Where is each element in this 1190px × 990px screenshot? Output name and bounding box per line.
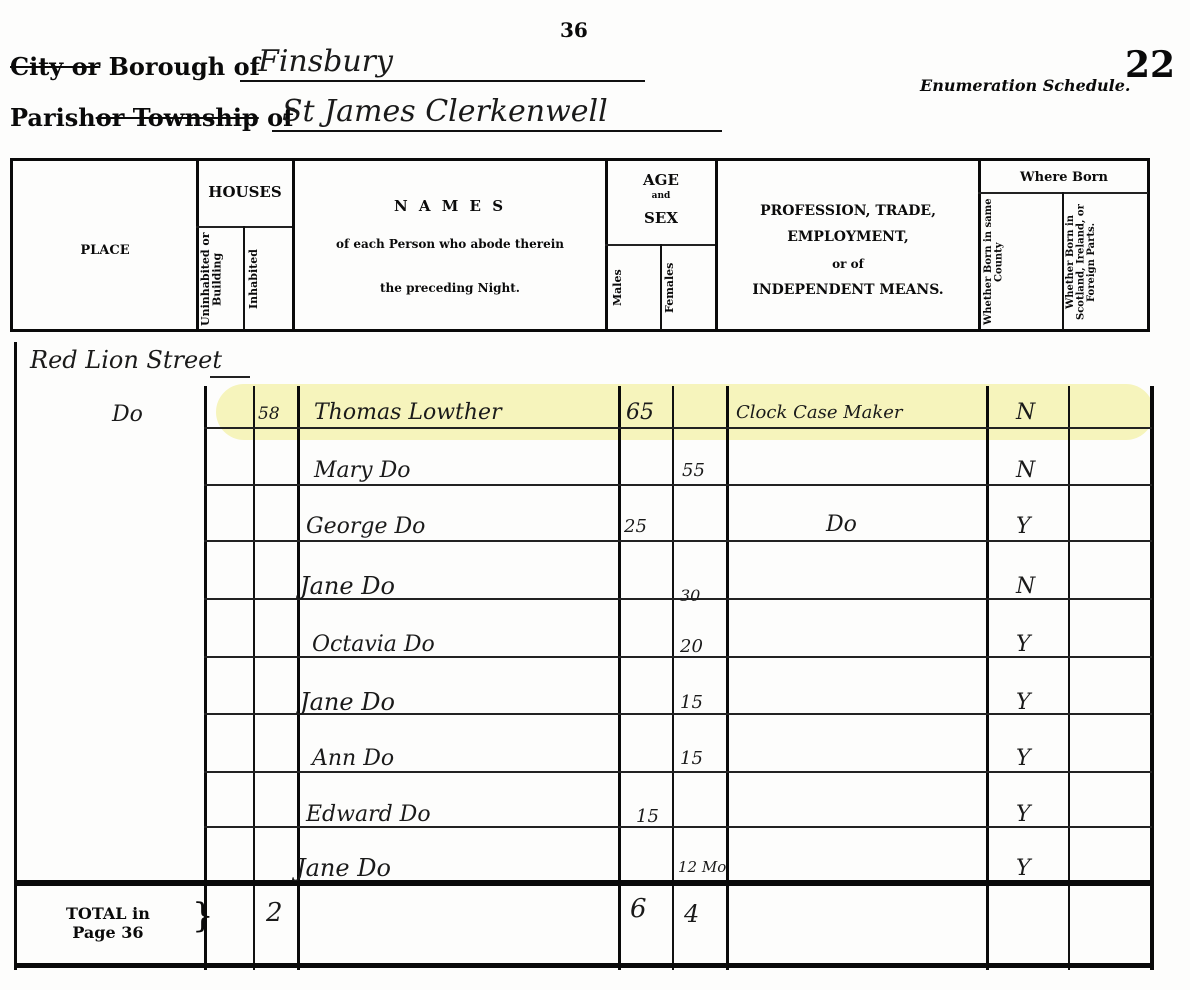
names-header-title: N A M E S bbox=[295, 198, 605, 215]
row-same-county: Y bbox=[1016, 632, 1031, 657]
total-brace-icon: } bbox=[192, 896, 214, 936]
row-name: Edward Do bbox=[306, 802, 431, 827]
row-female-age: 30 bbox=[680, 586, 700, 605]
age-sex-title-and: and bbox=[607, 192, 715, 202]
parish-fill-line bbox=[272, 130, 722, 132]
row-same-county: N bbox=[1016, 574, 1035, 599]
row-female-age: 20 bbox=[680, 636, 703, 657]
row-name: Jane Do bbox=[300, 572, 395, 600]
row-same-county: N bbox=[1016, 458, 1035, 483]
total-label-line1: TOTAL in bbox=[66, 904, 150, 923]
enumeration-schedule-label: Enumeration Schedule. bbox=[920, 76, 1130, 95]
city-label-text: Borough of bbox=[109, 52, 260, 81]
row-male-age: 25 bbox=[624, 516, 647, 537]
age-sex-title-age: AGE bbox=[607, 172, 715, 189]
parish-label-text: Parish bbox=[10, 103, 96, 132]
names-header-sub2: the preceding Night. bbox=[295, 282, 605, 295]
houses-header: HOUSES bbox=[198, 184, 292, 201]
row-name: Jane Do bbox=[300, 688, 395, 716]
row-same-county: N bbox=[1016, 400, 1035, 425]
row-same-county: Y bbox=[1016, 856, 1031, 881]
total-label: TOTAL in Page 36 bbox=[66, 904, 150, 942]
row-male-age: 65 bbox=[626, 400, 654, 425]
row-same-county: Y bbox=[1016, 690, 1031, 715]
parish-value: St James Clerkenwell bbox=[282, 94, 608, 129]
row-same-county: Y bbox=[1016, 514, 1031, 539]
males-header: Males bbox=[612, 250, 658, 326]
names-header-sub1: of each Person who abode therein bbox=[295, 238, 605, 251]
row-name: Octavia Do bbox=[312, 632, 435, 657]
profession-header-1: PROFESSION, TRADE, bbox=[718, 204, 978, 219]
city-borough-label: City or Borough of bbox=[10, 52, 260, 81]
row-male-age: 15 bbox=[636, 806, 659, 827]
row-name: George Do bbox=[306, 514, 425, 539]
row-name: Thomas Lowther bbox=[314, 400, 502, 425]
age-sex-title-sex: SEX bbox=[607, 210, 715, 227]
schedule-number: 22 bbox=[1125, 44, 1175, 86]
total-label-line2: Page 36 bbox=[66, 923, 150, 942]
street-name: Red Lion Street bbox=[30, 346, 222, 374]
parish-township-label: Parishor Township of bbox=[10, 103, 293, 132]
total-females: 4 bbox=[684, 900, 699, 928]
row-name: Mary Do bbox=[314, 458, 410, 483]
row-occupation: Clock Case Maker bbox=[736, 402, 903, 423]
row-same-county: Y bbox=[1016, 746, 1031, 771]
row-place: Do bbox=[112, 402, 143, 427]
row-inhabited: 58 bbox=[258, 404, 280, 424]
row-female-age: 15 bbox=[680, 692, 703, 713]
profession-header-4: INDEPENDENT MEANS. bbox=[718, 283, 978, 298]
houses-inhabited-header: Inhabited bbox=[248, 232, 288, 326]
born-elsewhere-header: Whether Born in Scotland, Ireland, or Fo… bbox=[1066, 198, 1144, 326]
city-value: Finsbury bbox=[258, 44, 393, 79]
city-fill-line bbox=[240, 80, 645, 82]
row-female-age: 15 bbox=[680, 748, 703, 769]
row-name: Ann Do bbox=[312, 746, 394, 771]
profession-header-3: or of bbox=[718, 258, 978, 271]
where-born-header: Where Born bbox=[980, 171, 1148, 185]
row-name: Jane Do bbox=[296, 854, 391, 882]
row-female-age: 55 bbox=[682, 460, 705, 481]
row-female-age: 12 Mo bbox=[678, 858, 726, 876]
total-inhabited: 2 bbox=[266, 898, 283, 928]
total-males: 6 bbox=[630, 894, 647, 924]
females-header: Females bbox=[664, 250, 712, 326]
place-header: PLACE bbox=[14, 244, 196, 258]
born-same-county-header: Whether Born in same County bbox=[984, 198, 1060, 326]
row-same-county: Y bbox=[1016, 802, 1031, 827]
profession-header-2: EMPLOYMENT, bbox=[718, 230, 978, 245]
page-number: 36 bbox=[560, 18, 588, 42]
parish-label-struck: or Township bbox=[96, 103, 259, 132]
city-label-struck: City or bbox=[10, 52, 100, 81]
row-occupation: Do bbox=[826, 512, 857, 537]
houses-uninhabited-header: Uninhabited or Building bbox=[200, 232, 240, 326]
